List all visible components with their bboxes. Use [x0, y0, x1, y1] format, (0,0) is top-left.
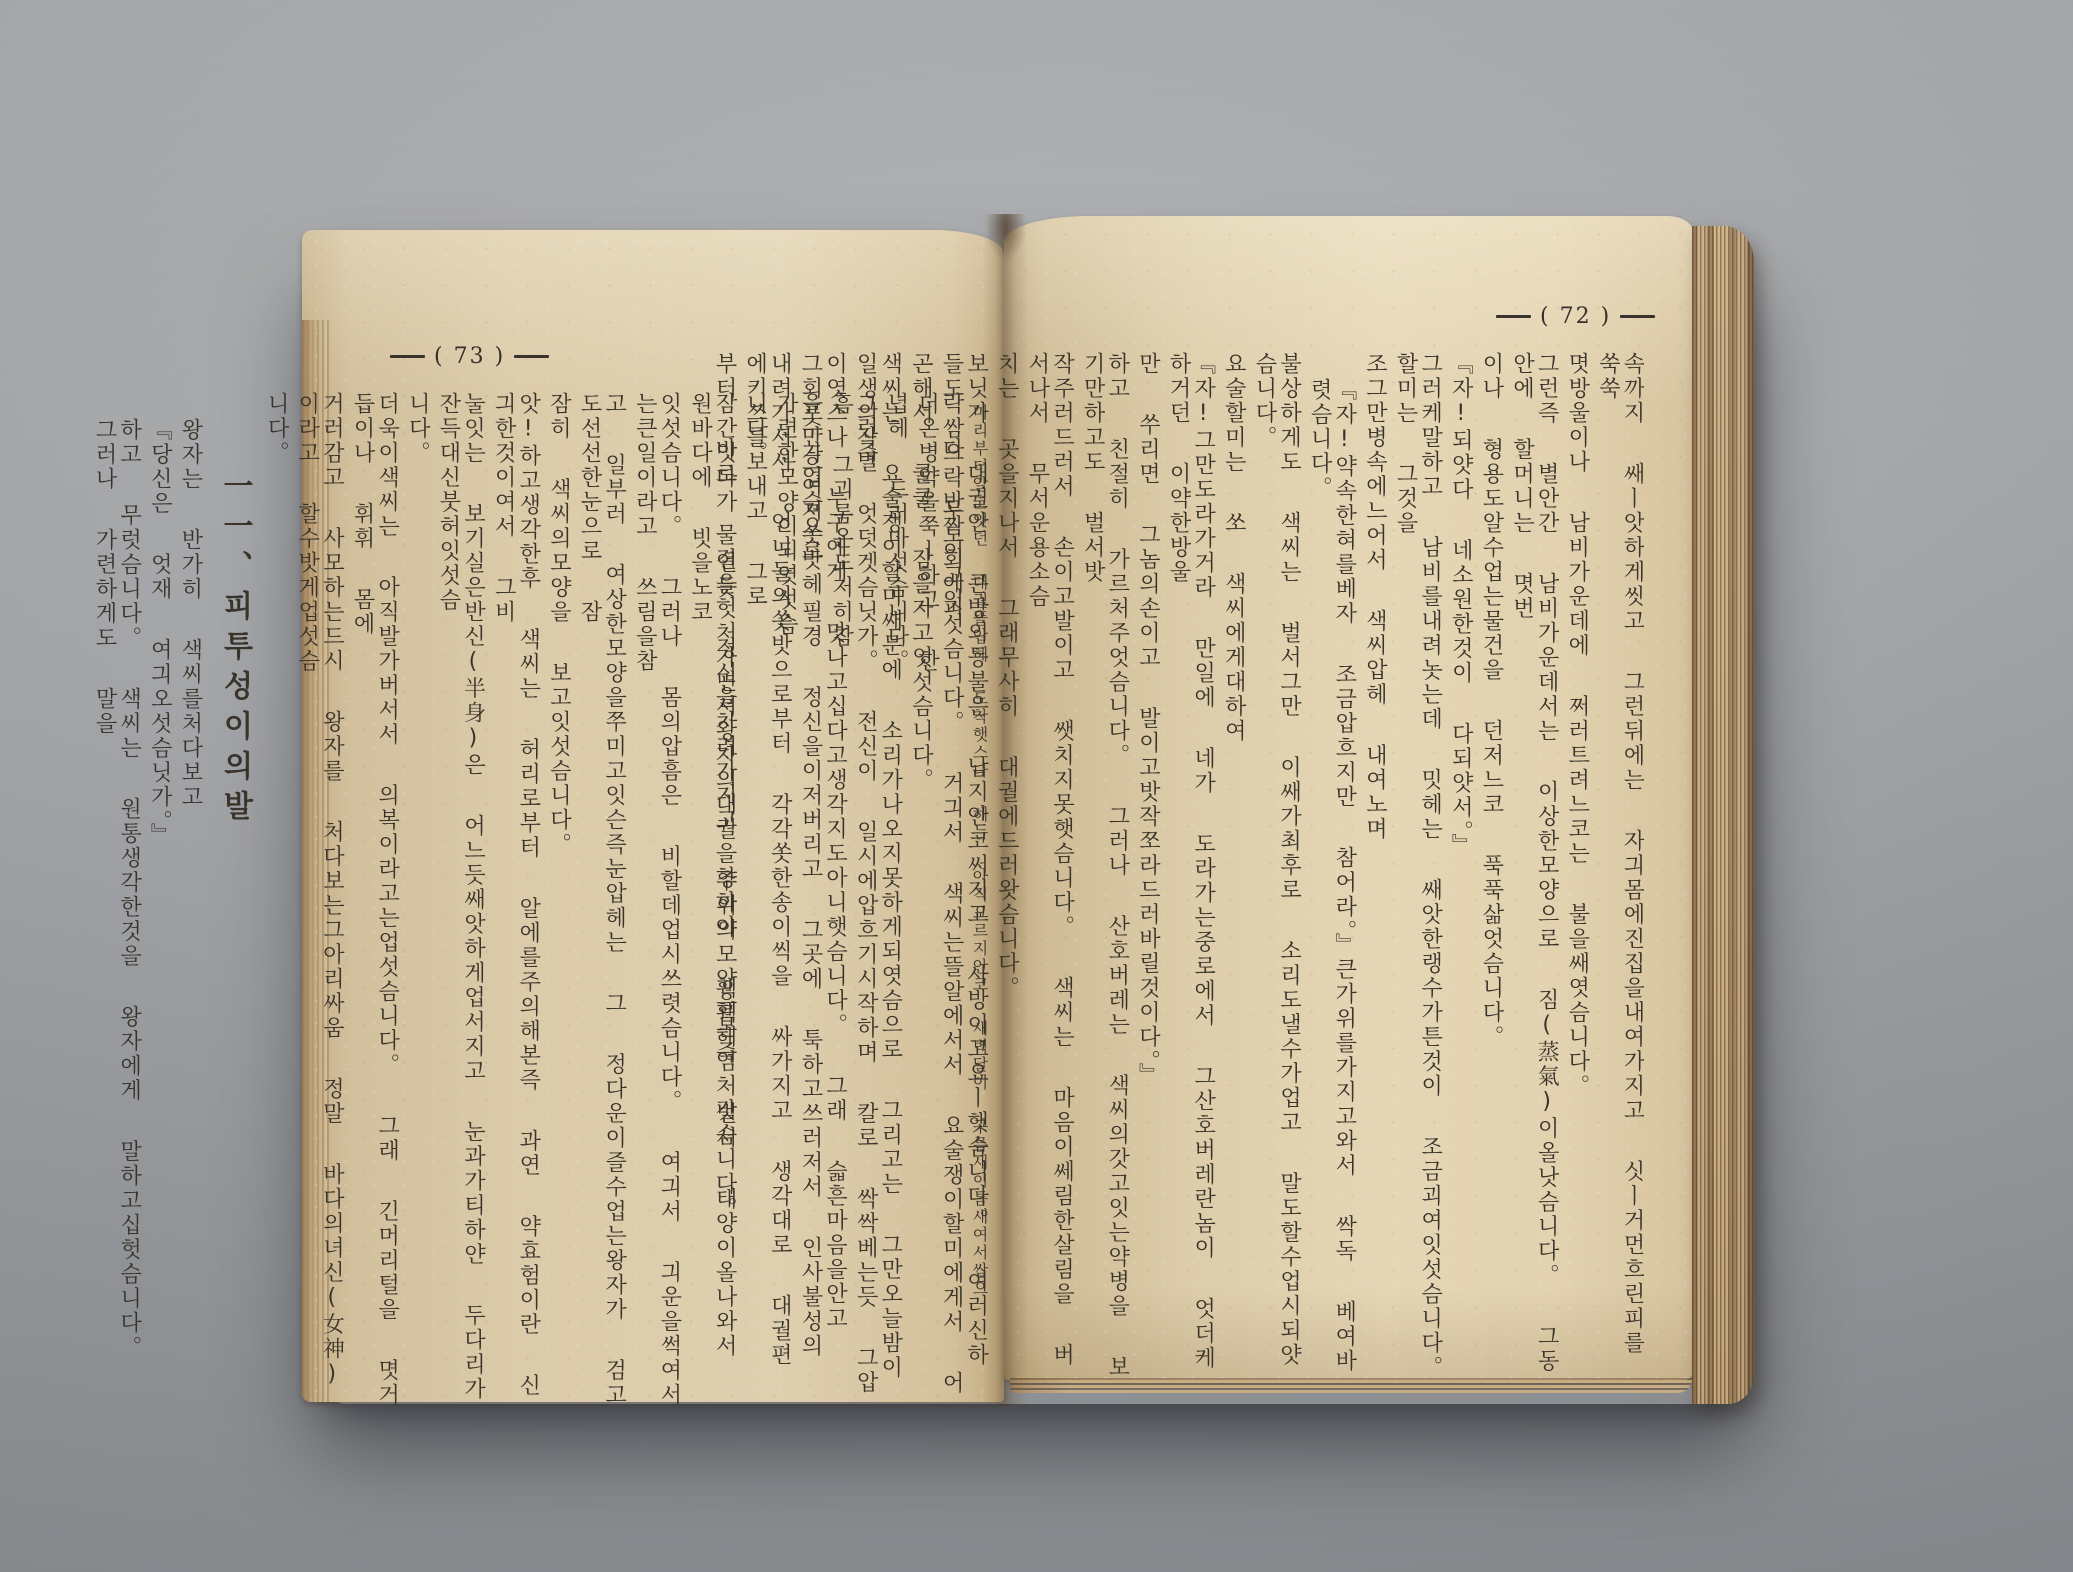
right-page-text-column-20: 내려가서서 언니들의쏫밧으로부터 각각쏫한송이씩을 싸가지고 생각대로 대궐편에…	[742, 352, 791, 1380]
left-page-text-column-14: 더욱이색씨는 아직발가버서서 의복이라고는업섯슴니다。 그래 긴머리털을 몃거듭…	[349, 392, 398, 1408]
page-number-rule-line	[390, 355, 425, 358]
left-page-text-column-10: 잠히 색씨의모양을 보고잇섯슴니다。	[546, 392, 571, 1408]
right-page-text-column-16: 보닛가 대궐안 큰방의등불은 남지안코써지고 사방이고요ㅣ햇슴니다。 여러신하들…	[938, 352, 987, 1380]
bottom-page-stack-edge	[1010, 1378, 1692, 1393]
fore-edge-page-stack	[1692, 226, 1754, 1404]
left-page-text-column-11: 앗!하고생각한후 색씨는 허리로부터 알에를주의해본즉 과연 약효험이란 신긔한…	[490, 392, 539, 1408]
left-page-text-column-15: 거러감고 사모하는드시 왕자를 처다보는그아리싸움 정말 바다의녀신(女神)이라…	[294, 392, 343, 1408]
left-page-text-column-8: 잇섯슴니다。 그러나 몸의압흠은 비할데업시쓰렷슴니다。 여긔서 긔운을썩여서는…	[632, 392, 681, 1408]
right-page-text-column-21: 부터 바로 물결을헛처가면서왕자의대궐을향하야 훽훽헤염처갓슴니다。	[711, 352, 736, 1380]
right-page-text-column-19: 이엿스나 누구에게 맛나고십다고생각지도아니햇슴니다。 그래 슯흔마음을안고 그…	[797, 352, 846, 1380]
left-page-text-column-18: 왕자는 반가히 색씨를처다보고	[177, 392, 202, 1408]
right-page-text-column-13: 하고 친절히 가르처주엇슴니다。 그러나 산호버레는 색씨의갓고잇는약병을 보기…	[1080, 352, 1129, 1380]
right-page-text-column-11: 『자!그만도라가거라 만일에 네가 도라가는중로에서 그산호버레란놈이 엇더케하…	[1165, 352, 1214, 1380]
left-page-text-column-12: 눌잇는 보기실은반신(半身)은 어느듯쌔앗하게업서지고 눈과가티하얀 두다리가 …	[435, 392, 484, 1408]
right-page-text-column-18: 색씨는 요술쟁이할미쌔문에 소리가나오지못하게되엿슴으로 그리고는 그만오늘밤이…	[853, 352, 902, 1380]
left-page-number: ( 73 )	[390, 344, 549, 369]
page-number-rule-line	[1496, 315, 1531, 318]
left-page-text-column-20: 하고 무럿슴니다。 색씨는 원통생각한것을 왕자에게 말하고십헛슴니다。 그러나…	[91, 392, 140, 1408]
right-page-text-column-1: 속까지 쌔ㅣ앗하게씻고 그런뒤에는 자긔몸에진집을내여가지고 싯ㅣ거먼흐린피를 …	[1595, 352, 1644, 1380]
right-page-text-column-7: 조그만병속에느어서 색씨압헤 내여노며	[1362, 352, 1387, 1380]
right-page-text-column-6: 그러케말하고 남비를내려놋는데 밋헤는 쌔앗한랭수가튼것이 조금괴여잇섯슴니다。…	[1392, 352, 1441, 1380]
right-page-text: 속까지 쌔ㅣ앗하게씻고 그런뒤에는 자긔몸에진집을내여가지고 싯ㅣ거먼흐린피를 …	[705, 352, 1644, 1380]
right-page-text-column-3: 그런즉 별안간 남비가운데서는 이상한모양으로 짐(蒸氣)이올낫슴니다。 그동안…	[1509, 352, 1558, 1380]
right-page-text-column-9: 불상하게도 색씨는 벌서그만 이쌔가최후로 소리도낼수가업고 말도할수업시되얏슴…	[1251, 352, 1300, 1380]
left-page-text-column-19: 『당신은 엇재 여긔오섯슴닛가。』	[147, 392, 172, 1408]
page-number-label: ( 73 )	[434, 344, 505, 369]
left-page-text-column-16: 니다。	[263, 392, 288, 1408]
book: ( 73 ) 미리부터알고잇던 대궐뜰압헤 도착햇스나 해는 아직오르지안코 새…	[296, 210, 1760, 1410]
right-page-text-column-14: 작주러드러서 손이고발이고 쌧치지못햇슴니다。 색씨는 마음이쎄림한살림을 버서…	[1024, 352, 1073, 1380]
left-page-text-column-17: 一一、피투성이의발	[218, 392, 252, 1408]
left-page-text-column-9: 고 일부러 여상한모양을쭈미고잇슨즉눈압헤는 그 정다운이즐수업는왕자가 검고도…	[576, 392, 625, 1408]
right-page-text-column-5: 『자!되얏다 네소원한것이 다되얏서。』	[1448, 352, 1473, 1380]
left-page-text-column-13: 니다。	[405, 392, 430, 1408]
right-page: ( 72 ) 속까지 쌔ㅣ앗하게씻고 그런뒤에는 자긔몸에진집을내여가지고 싯ㅣ…	[1004, 216, 1694, 1380]
right-page-text-column-2: 몃방울이나 남비가운데에 쩌러트려느코는 불을쌔엿슴니다。	[1564, 352, 1589, 1380]
right-page-text-column-12: 만 쑤리면 그놈의손이고 발이고밧작쪼라드러바릴것이다。』	[1135, 352, 1160, 1380]
page-number-rule-line	[1620, 315, 1655, 318]
page-number-rule-line	[514, 355, 549, 358]
page-number-label: ( 72 )	[1540, 304, 1611, 329]
right-page-text-column-8: 『자!약속한혀를베자 조금압흐지만 참어라。』큰가위를가지고와서 싹독 베여바렷…	[1307, 352, 1356, 1380]
right-page-text-column-4: 이나 형용도알수업는물건을 던저느코 푹푹삶엇슴니다。	[1478, 352, 1503, 1380]
right-page-text-column-17: 곤해서 쿨쿨 잠을자고잇섯슴니다。	[908, 352, 933, 1380]
photo-background: ( 73 ) 미리부터알고잇던 대궐뜰압헤 도착햇스나 해는 아직오르지안코 새…	[0, 0, 2073, 1572]
right-page-text-column-10: 요술할미는 쏘 색씨에게대하여	[1221, 352, 1246, 1380]
right-page-number: ( 72 )	[1496, 304, 1655, 329]
right-page-text-column-15: 치는 곳을지나서 그래무사히 대궐에드러왓슴니다。	[994, 352, 1019, 1380]
